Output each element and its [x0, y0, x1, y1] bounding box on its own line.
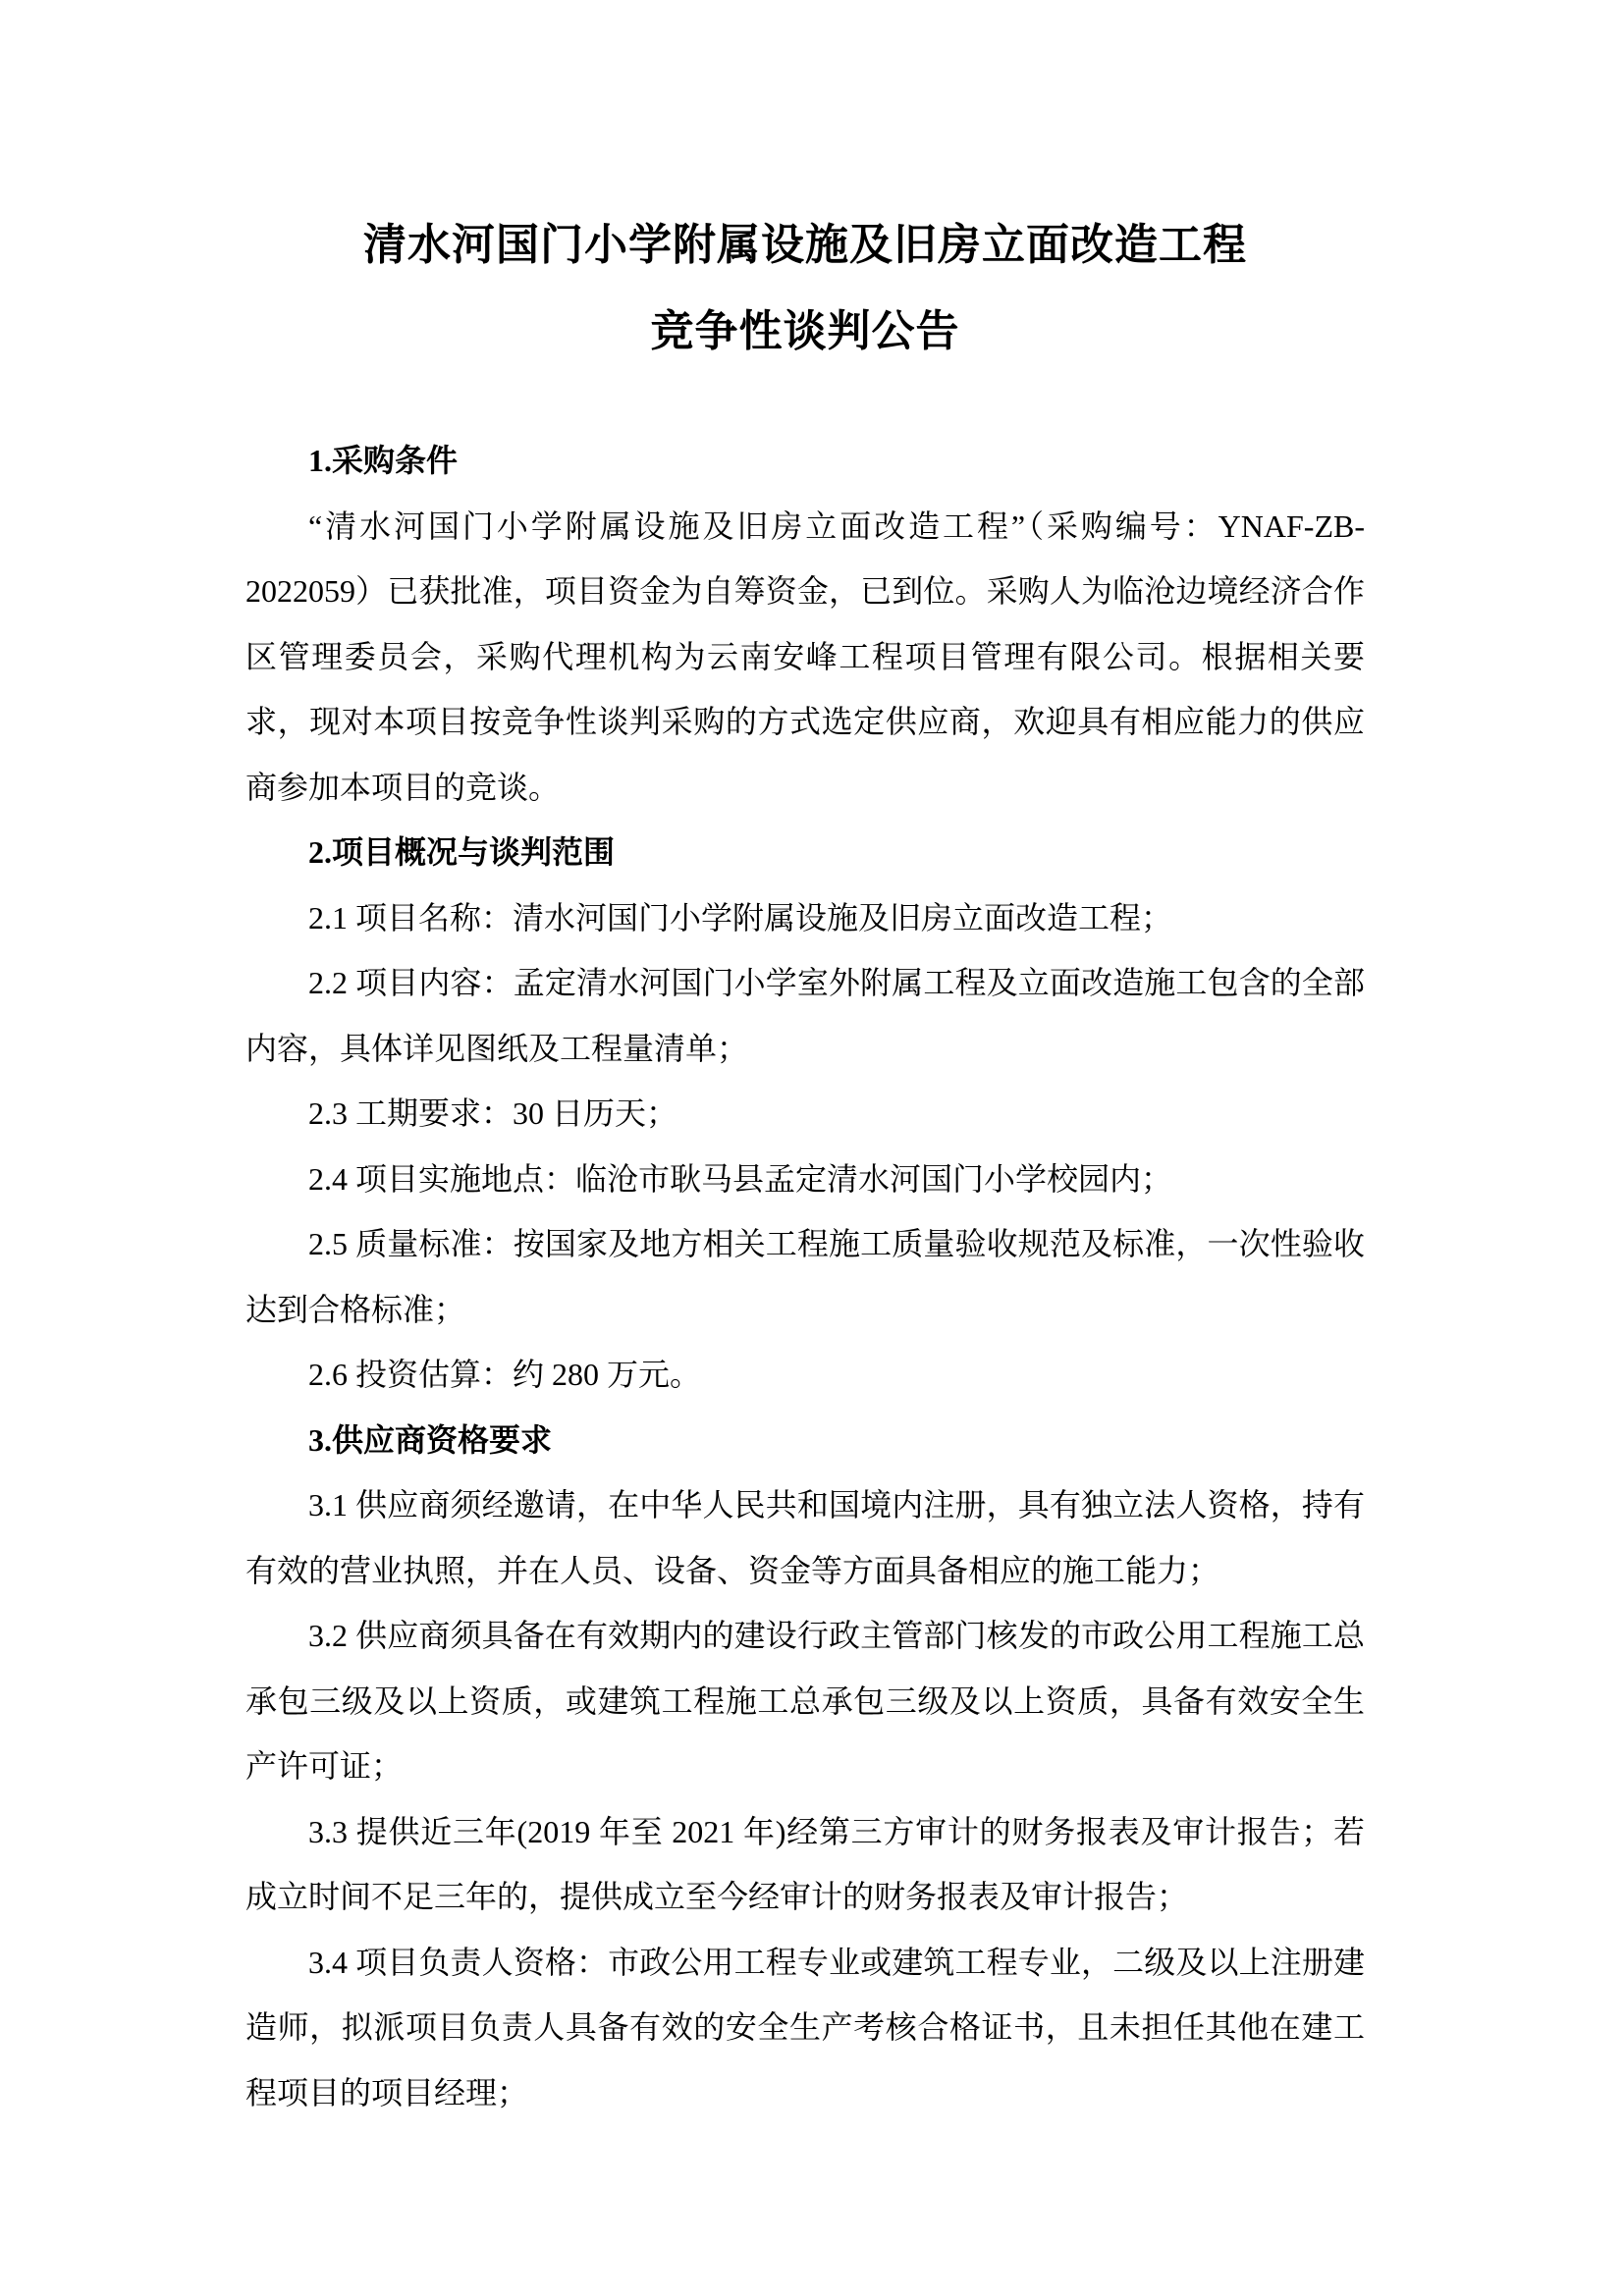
document-content: 清水河国门小学附属设施及旧房立面改造工程 竞争性谈判公告 1.采购条件 “清水河…: [245, 0, 1365, 2125]
section-3-paragraph-2: 3.2 供应商须具备在有效期内的建设行政主管部门核发的市政公用工程施工总承包三级…: [245, 1603, 1365, 1799]
title-line-2: 竞争性谈判公告: [245, 289, 1365, 375]
section-1-paragraph-1: “清水河国门小学附属设施及旧房立面改造工程”（采购编号：YNAF-ZB-2022…: [245, 494, 1365, 821]
section-2-paragraph-1: 2.1 项目名称：清水河国门小学附属设施及旧房立面改造工程；: [245, 885, 1365, 951]
section-2-paragraph-6: 2.6 投资估算：约 280 万元。: [245, 1342, 1365, 1408]
section-3-paragraph-4: 3.4 项目负责人资格：市政公用工程专业或建筑工程专业，二级及以上注册建造师，拟…: [245, 1930, 1365, 2126]
section-2-heading: 2.项目概况与谈判范围: [245, 820, 1365, 885]
section-2-paragraph-5: 2.5 质量标准：按国家及地方相关工程施工质量验收规范及标准，一次性验收达到合格…: [245, 1211, 1365, 1342]
document-title: 清水河国门小学附属设施及旧房立面改造工程 竞争性谈判公告: [245, 202, 1365, 375]
section-1-heading: 1.采购条件: [245, 428, 1365, 494]
document-body: 1.采购条件 “清水河国门小学附属设施及旧房立面改造工程”（采购编号：YNAF-…: [245, 428, 1365, 2125]
document-page: 清水河国门小学附属设施及旧房立面改造工程 竞争性谈判公告 1.采购条件 “清水河…: [0, 0, 1624, 2296]
section-3-paragraph-1: 3.1 供应商须经邀请，在中华人民共和国境内注册，具有独立法人资格，持有有效的营…: [245, 1472, 1365, 1603]
section-3-paragraph-3: 3.3 提供近三年(2019 年至 2021 年)经第三方审计的财务报表及审计报…: [245, 1799, 1365, 1930]
section-2-paragraph-4: 2.4 项目实施地点：临沧市耿马县孟定清水河国门小学校园内；: [245, 1147, 1365, 1212]
section-2-paragraph-3: 2.3 工期要求：30 日历天；: [245, 1081, 1365, 1147]
section-2-paragraph-2: 2.2 项目内容：孟定清水河国门小学室外附属工程及立面改造施工包含的全部内容，具…: [245, 950, 1365, 1081]
section-3-heading: 3.供应商资格要求: [245, 1408, 1365, 1473]
title-line-1: 清水河国门小学附属设施及旧房立面改造工程: [245, 202, 1365, 289]
